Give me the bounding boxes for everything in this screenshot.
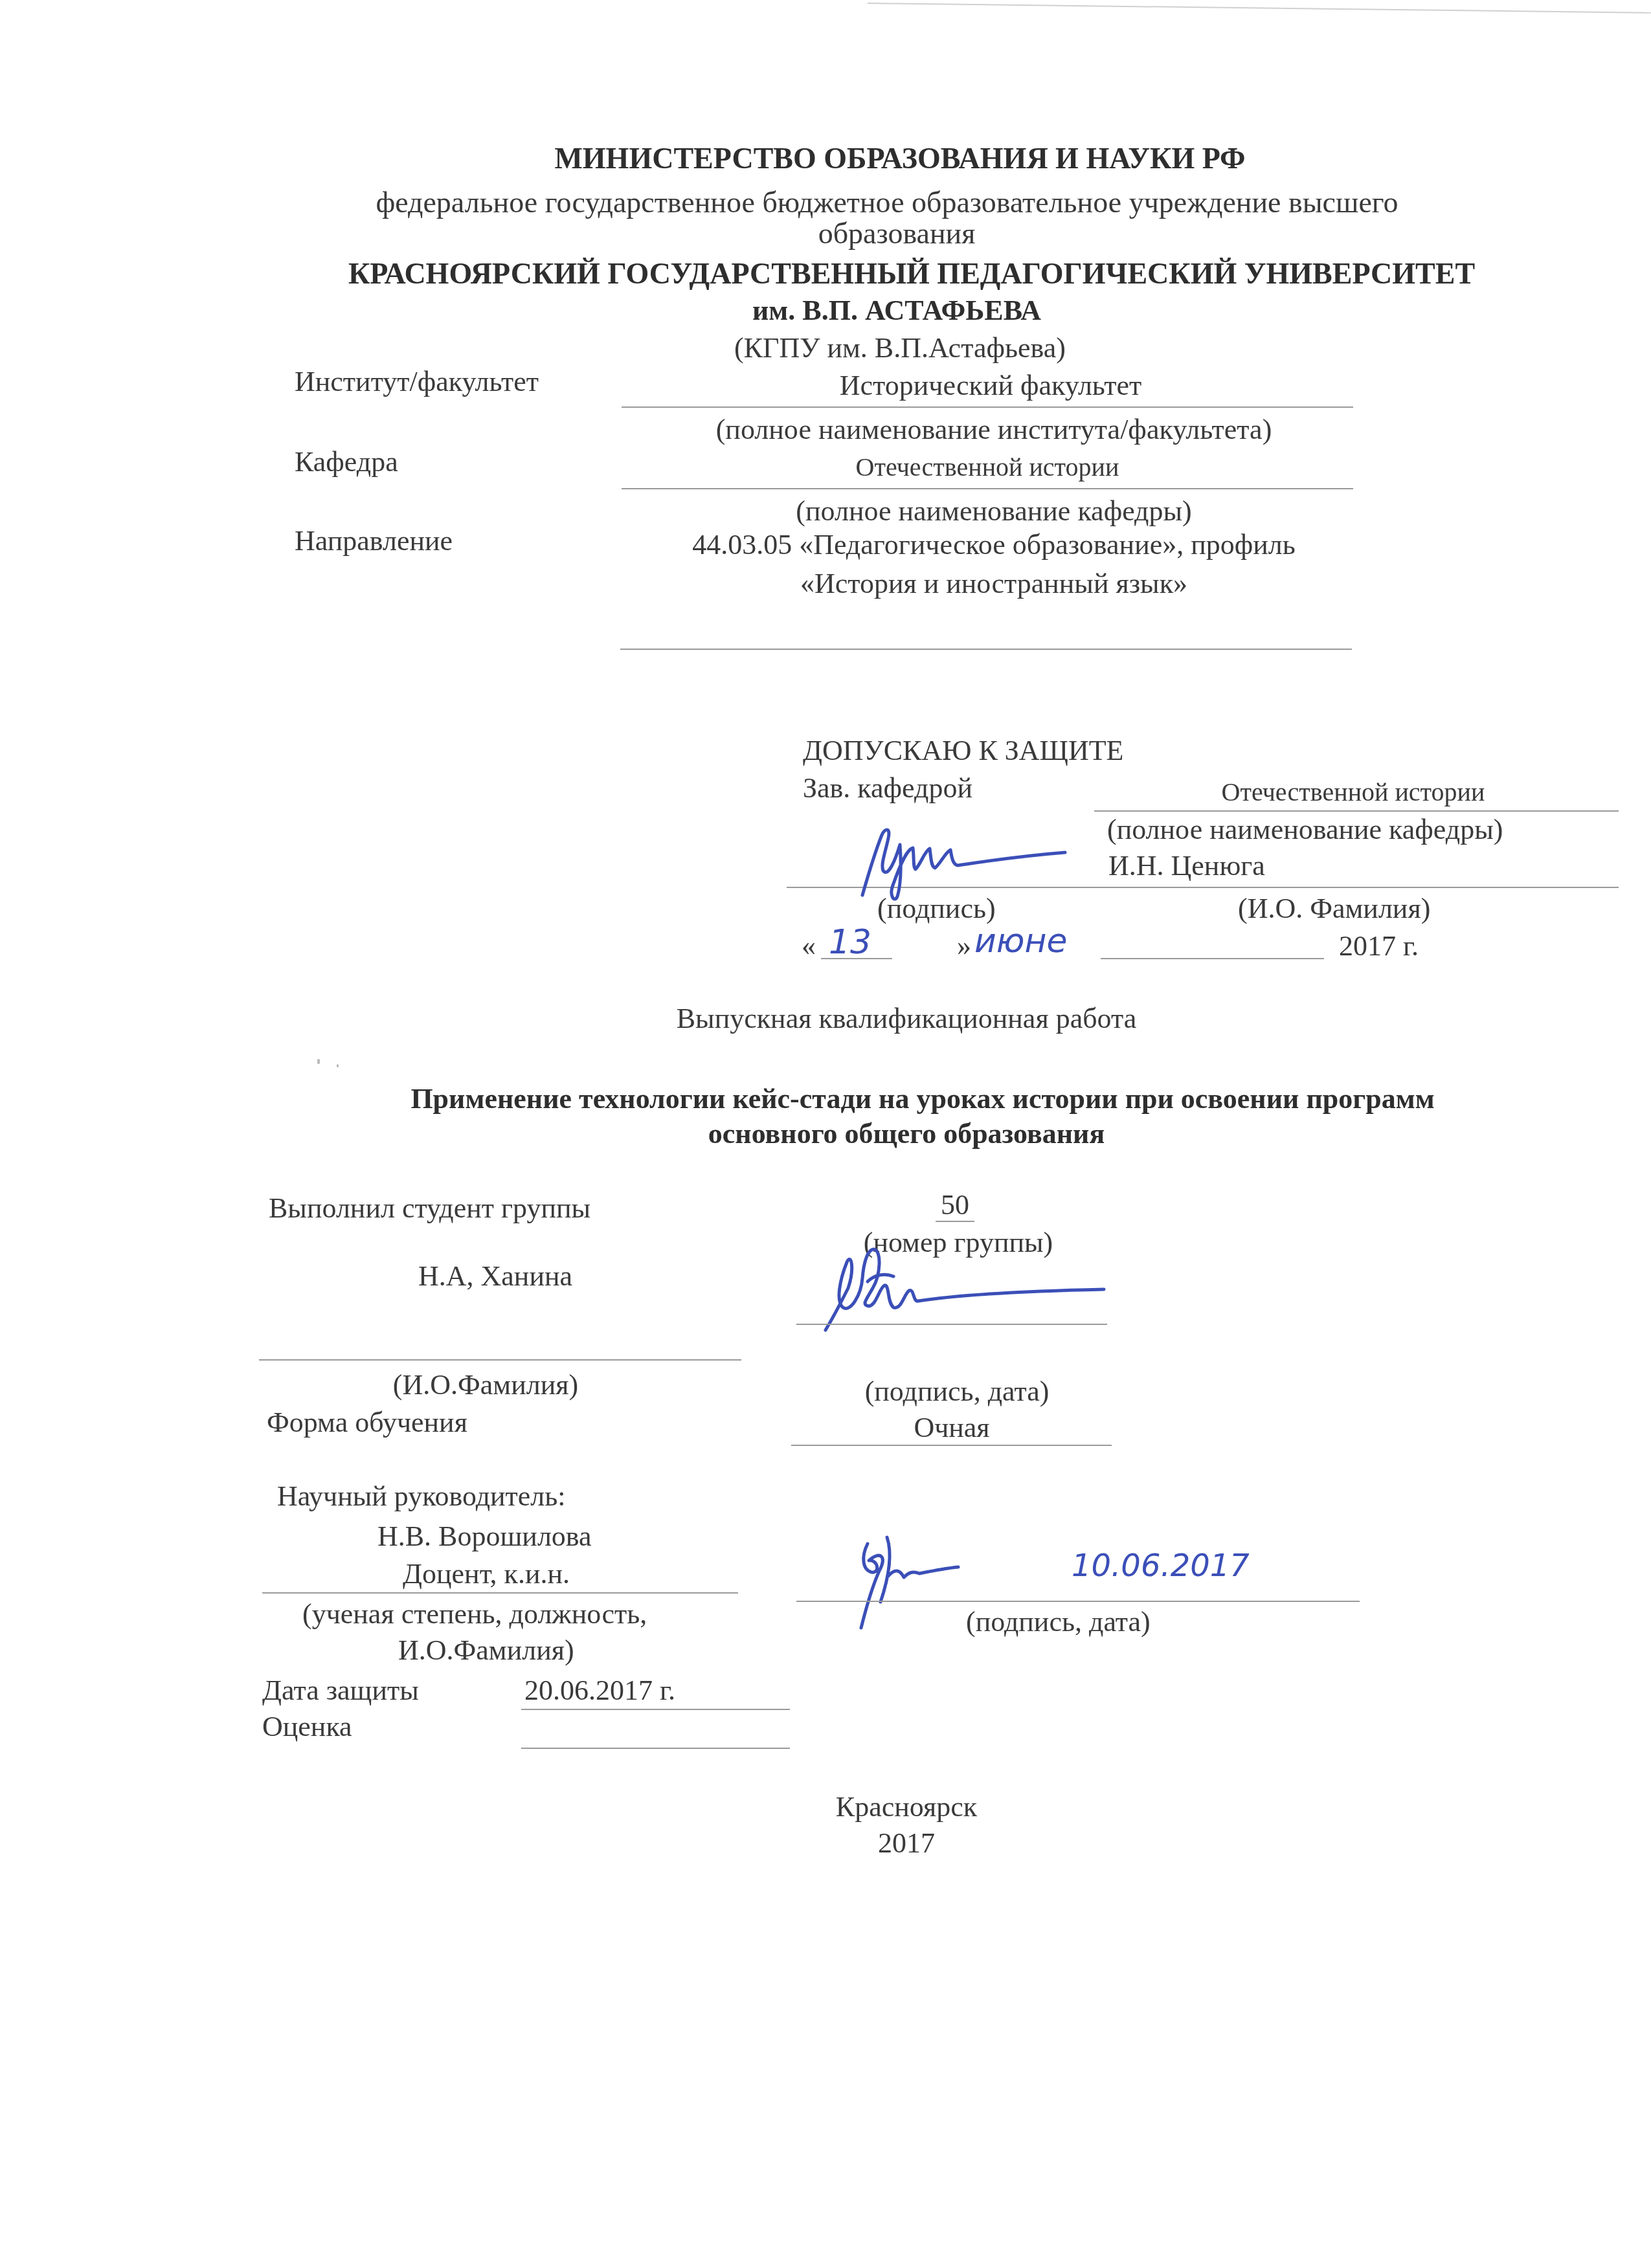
institution-type-line1: федеральное государственное бюджетное об…	[376, 188, 1398, 217]
footer-city: Красноярск	[836, 1793, 977, 1821]
work-title-line2: основного общего образования	[708, 1120, 1105, 1148]
approval-date-year: 2017 г.	[1339, 932, 1419, 961]
institute-value: Исторический факультет	[840, 372, 1141, 400]
university-named-after: им. В.П. АСТАФЬЕВА	[752, 296, 1041, 325]
institute-underline	[622, 406, 1353, 408]
department-underline	[622, 488, 1353, 489]
university-abbreviation: (КГПУ им. В.П.Астафьева)	[734, 334, 1066, 362]
supervisor-caption-line2: И.О.Фамилия)	[398, 1636, 574, 1665]
student-signature-underline	[796, 1324, 1107, 1325]
scan-speck	[337, 1064, 339, 1067]
study-form-value: Очная	[914, 1414, 989, 1442]
footer-year: 2017	[878, 1829, 935, 1858]
approval-department-caption: (полное наименование кафедры)	[1107, 816, 1503, 844]
approval-date-day-underline	[821, 958, 892, 959]
direction-value-line2: «История и иностранный язык»	[800, 570, 1187, 598]
approval-date-day: 13	[829, 926, 871, 959]
department-caption: (полное наименование кафедры)	[796, 497, 1191, 526]
student-name-underline	[259, 1359, 741, 1361]
direction-label: Направление	[295, 527, 453, 555]
approval-date-month-underline	[1101, 958, 1324, 959]
direction-underline	[620, 649, 1352, 650]
student-signature	[822, 1243, 1107, 1333]
scan-speck	[317, 1059, 320, 1064]
student-name: Н.А, Ханина	[418, 1262, 572, 1291]
department-value: Отечественной истории	[856, 454, 1119, 480]
supervisor-position: Доцент, к.и.н.	[403, 1560, 570, 1588]
supervisor-signature-underline	[796, 1601, 1360, 1602]
student-label: Выполнил студент группы	[269, 1194, 590, 1223]
supervisor-signature-caption: (подпись, дата)	[966, 1608, 1151, 1636]
head-of-department-label: Зав. кафедрой	[803, 774, 972, 803]
supervisor-position-underline	[262, 1592, 738, 1594]
study-form-label: Форма обучения	[267, 1408, 467, 1437]
work-type: Выпускная квалификационная работа	[677, 1005, 1137, 1033]
approval-date-month: июне	[974, 924, 1068, 958]
student-name-caption: (И.О.Фамилия)	[393, 1371, 578, 1399]
department-label: Кафедра	[295, 448, 398, 476]
study-form-underline	[791, 1445, 1112, 1446]
head-name-caption: (И.О. Фамилия)	[1238, 895, 1430, 923]
institute-caption: (полное наименование института/факультет…	[716, 416, 1272, 444]
institute-label: Институт/факультет	[295, 368, 539, 396]
supervisor-signature	[848, 1531, 965, 1634]
student-signature-caption: (подпись, дата)	[865, 1377, 1050, 1406]
student-group-number: 50	[941, 1191, 969, 1219]
head-signature-caption: (подпись)	[877, 895, 996, 923]
supervisor-name: Н.В. Ворошилова	[377, 1522, 592, 1551]
defense-date-underline	[521, 1709, 790, 1710]
grade-label: Оценка	[262, 1713, 352, 1741]
approval-department-underline	[1094, 810, 1619, 812]
approval-date-close-quote: »	[957, 932, 971, 961]
work-title-line1: Применение технологии кейс-стади на урок…	[410, 1085, 1434, 1113]
grade-underline	[521, 1748, 790, 1749]
approval-heading: ДОПУСКАЮ К ЗАЩИТЕ	[803, 737, 1124, 765]
supervisor-caption-line1: (ученая степень, должность,	[302, 1600, 647, 1629]
approval-department-value: Отечественной истории	[1222, 779, 1485, 805]
university-name: КРАСНОЯРСКИЙ ГОСУДАРСТВЕННЫЙ ПЕДАГОГИЧЕС…	[348, 259, 1475, 289]
supervisor-label: Научный руководитель:	[277, 1482, 566, 1511]
institution-type-line2: образования	[818, 219, 976, 249]
defense-date-value: 20.06.2017 г.	[524, 1676, 675, 1705]
approval-date-open-quote: «	[802, 932, 816, 961]
student-group-underline	[936, 1221, 974, 1222]
direction-value-line1: 44.03.05 «Педагогическое образование», п…	[692, 531, 1296, 559]
head-signature	[855, 819, 1068, 903]
ministry-heading: МИНИСТЕРСТВО ОБРАЗОВАНИЯ И НАУКИ РФ	[554, 144, 1245, 173]
defense-date-label: Дата защиты	[262, 1676, 419, 1705]
head-of-department-name: И.Н. Ценюга	[1108, 852, 1265, 880]
supervisor-signature-date: 10.06.2017	[1072, 1550, 1250, 1581]
scan-edge-line	[868, 3, 1651, 14]
